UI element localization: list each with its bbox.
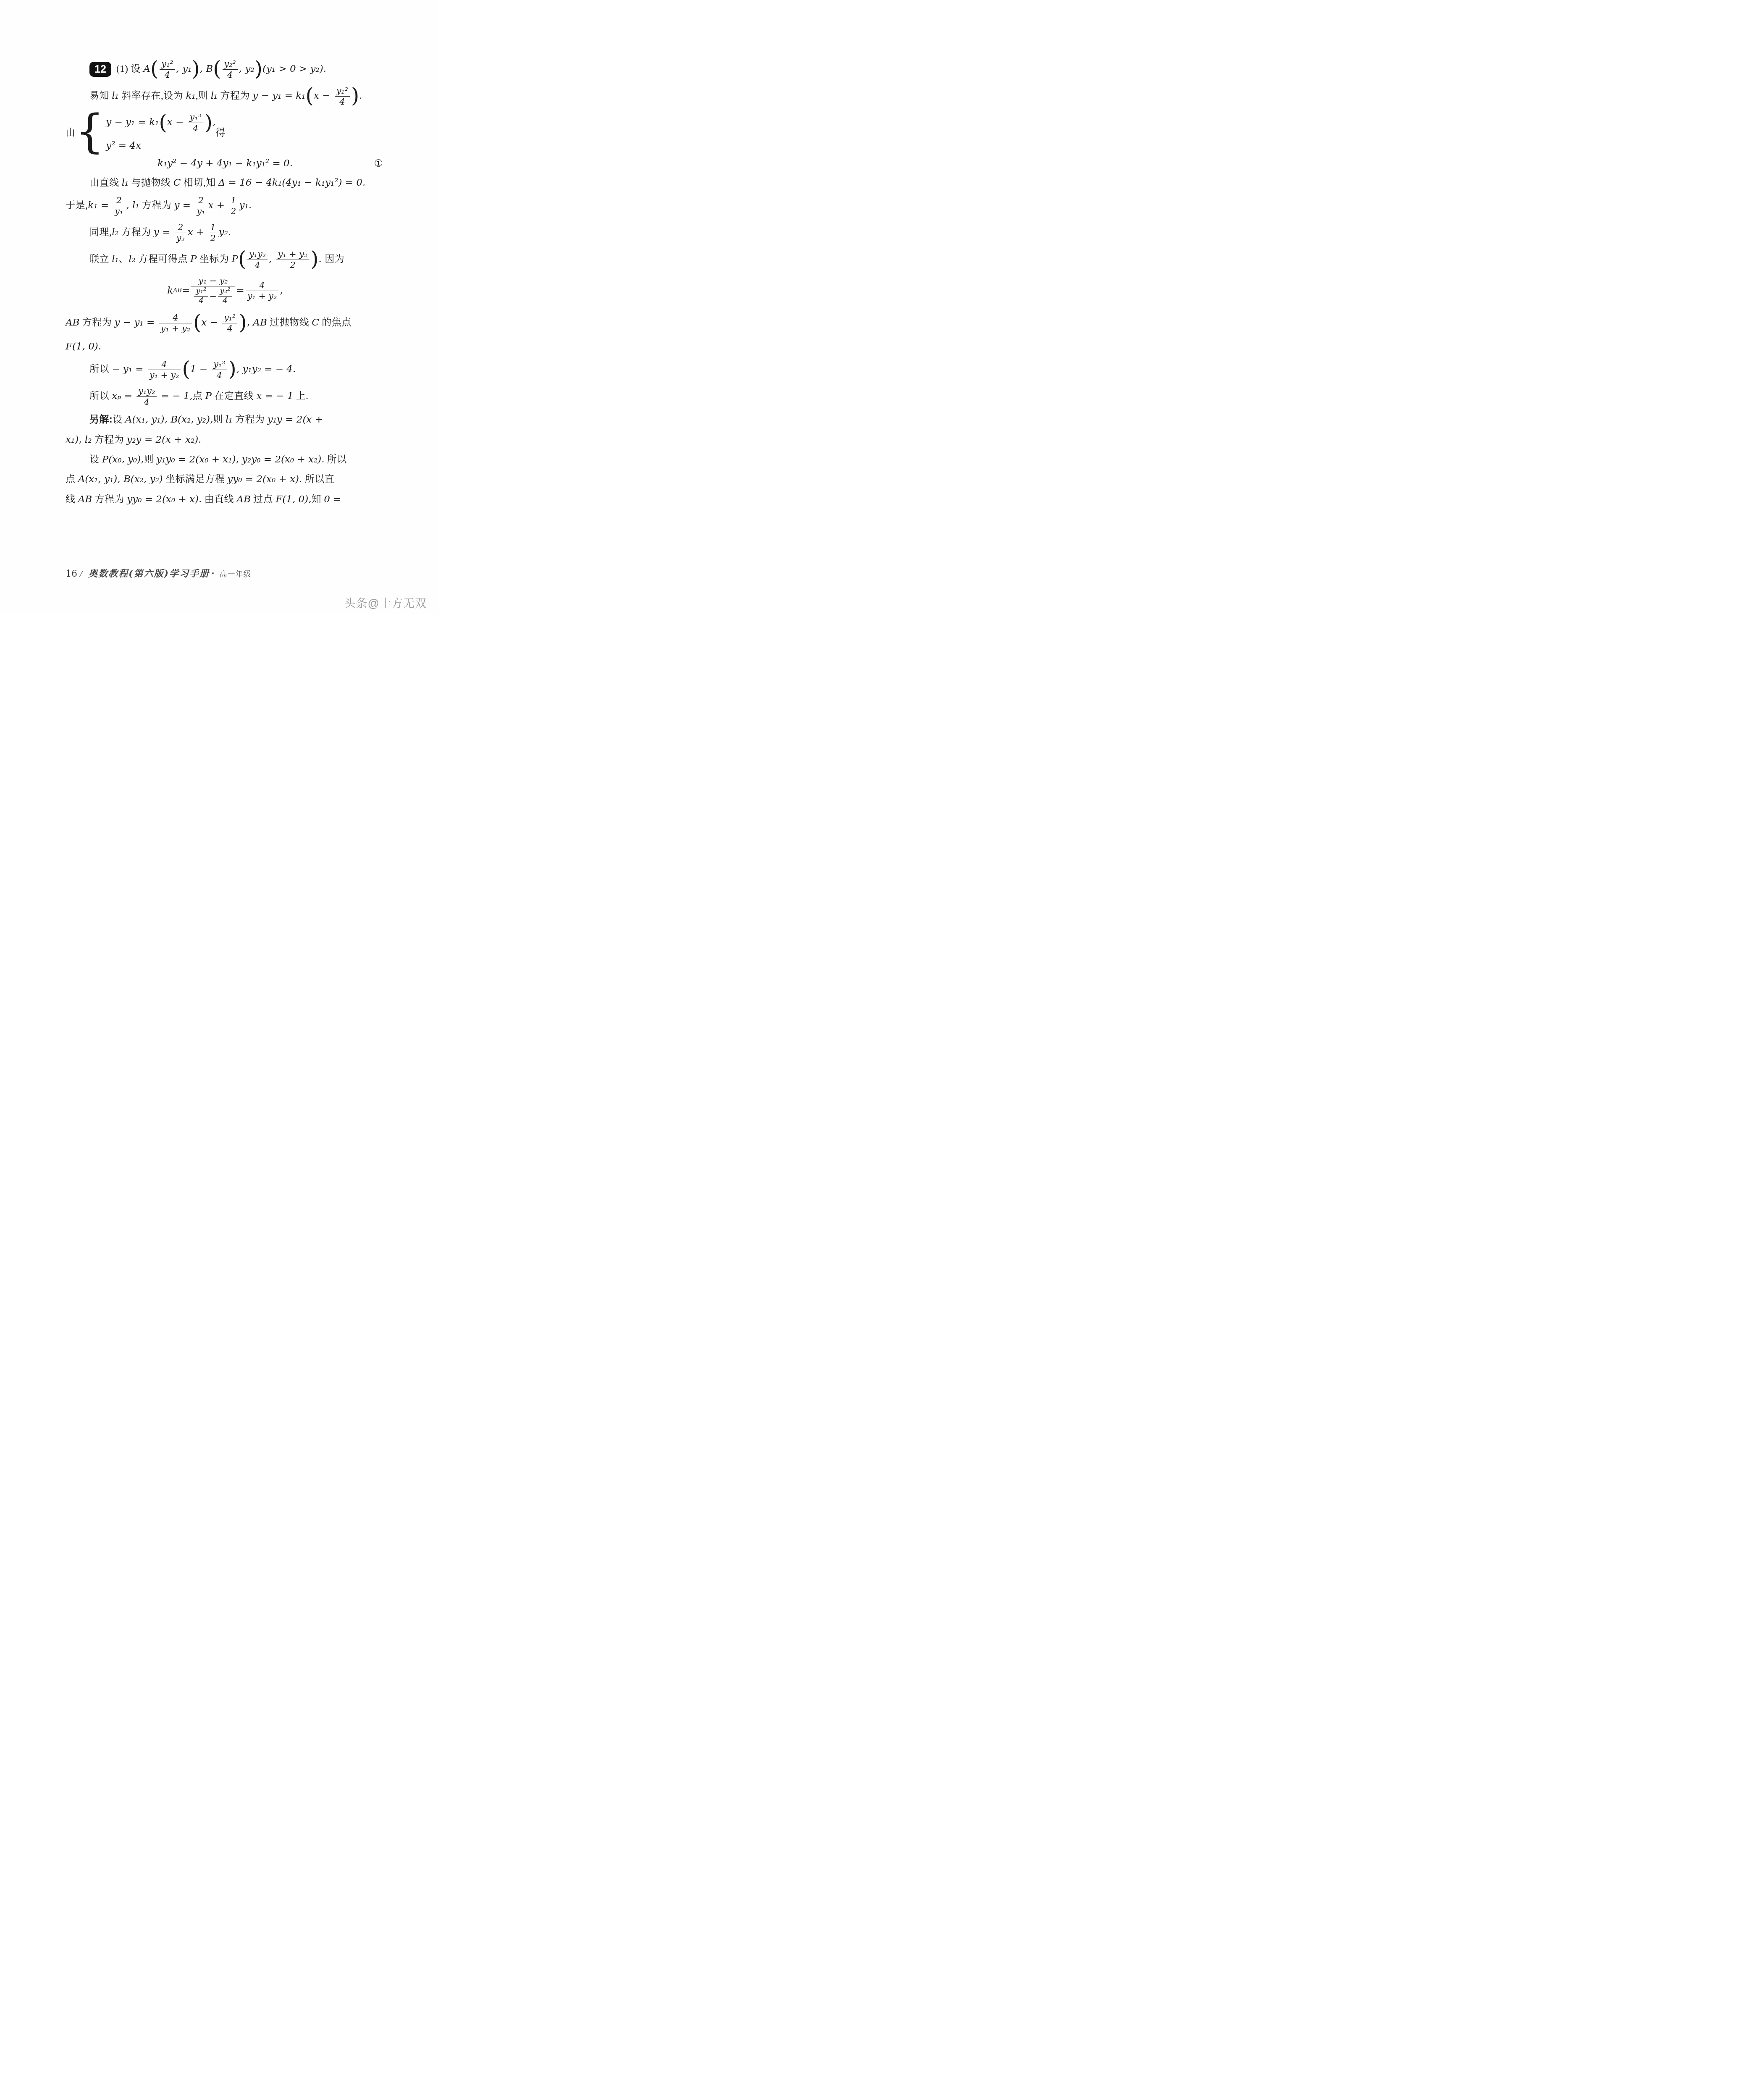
math-run: x − [167, 117, 187, 128]
display-equation-1: k₁y² − 4y + 4y₁ − k₁y₁² = 0. ① [66, 158, 385, 169]
fraction-numerator: y₂² [223, 59, 238, 70]
text-run: 所以 [89, 364, 112, 374]
fraction-numerator: 4 [159, 312, 192, 323]
fraction-numerator: y₁y₂ [247, 249, 268, 260]
fraction-denominator: 4 [247, 260, 268, 270]
equation-number: ① [374, 157, 383, 169]
text-run: 易知 [89, 90, 112, 100]
fraction-numerator: 2 [195, 195, 207, 206]
fraction: y₁y₂4 [247, 249, 268, 270]
fraction: 12 [209, 222, 218, 244]
text-run: 相切,知 [181, 177, 218, 188]
text-run: 坐标为 [197, 253, 231, 264]
fraction-denominator: 4 [335, 97, 350, 107]
text-run: 点 [193, 390, 205, 401]
solution-line-16: 设 P(x₀, y₀),则 y₁y₀ = 2(x₀ + x₁), y₂y₀ = … [66, 452, 385, 467]
text-run: 设 [89, 454, 102, 465]
fraction-denominator: y₁ [195, 206, 207, 217]
text-run: 联立 [89, 253, 112, 264]
text-run: 方程为 [218, 90, 252, 100]
text-run: 于是, [66, 200, 88, 210]
system-brace: { [76, 114, 105, 150]
solution-line-6: 于是,k₁ = 2y₁, l₁ 方程为 y = 2y₁x + 12y₁. [66, 195, 385, 217]
math-run: yy₀ = 2(x₀ + x). [227, 474, 302, 485]
fraction-numerator: y₁ + y₂ [276, 249, 309, 260]
math-run: AB [253, 317, 267, 328]
fraction-denominator: 4 [194, 297, 208, 306]
math-run: y = [154, 227, 173, 238]
text-run: 所以直 [302, 474, 334, 484]
fraction-denominator: 2 [209, 233, 218, 244]
math-run: , y₁ [176, 63, 192, 74]
math-run: P [231, 253, 238, 264]
solution-line-15: x₁), l₂ 方程为 y₂y = 2(x + x₂). [66, 433, 385, 447]
text-run: 方程为 [139, 200, 174, 210]
text-run: 过点 [251, 494, 276, 504]
math-run: . [359, 90, 362, 101]
fraction: y₁²4 [188, 112, 203, 134]
math-run: AB [78, 494, 92, 505]
system-equation-2: y² = 4x [106, 140, 215, 151]
fraction-denominator: 2 [229, 206, 238, 217]
fraction-numerator: 2 [175, 222, 186, 233]
text-run: 所以 [325, 454, 347, 465]
text-run: 线 [66, 494, 78, 504]
fraction-numerator: 4 [148, 359, 181, 370]
solution-line-17: 点 A(x₁, y₁), B(x₂, y₂) 坐标满足方程 yy₀ = 2(x₀… [66, 472, 385, 486]
text-run: 方程为 [92, 434, 126, 445]
text-run: 设 [113, 414, 125, 425]
math-run: x − [201, 317, 221, 328]
fraction-numerator: y₁ − y₂ [191, 276, 235, 286]
math-run: C [312, 317, 319, 328]
math-run: AB [236, 494, 251, 505]
fraction-denominator: y₁²4 − y₂²4 [191, 286, 235, 306]
math-run: l₁ [122, 177, 129, 188]
text-run: 斜率存在,设为 [119, 90, 186, 100]
fraction-denominator: 4 [160, 70, 175, 80]
math-run: l₁ [226, 414, 233, 425]
math-run: A(x₁, y₁), B(x₂, y₂) [78, 474, 163, 485]
fraction-denominator: y₁ + y₂ [246, 291, 278, 302]
text-run: 方程可得点 [136, 253, 190, 264]
fraction-numerator: 1 [229, 195, 238, 206]
math-run: x + [188, 227, 207, 238]
solution-line-1: 12(1) 设 A(y₁²4, y₁), B(y₂²4, y₂)(y₁ > 0 … [66, 59, 385, 80]
fraction-numerator: y₁² [212, 359, 227, 370]
math-run: y = [174, 200, 194, 211]
math-run: k₁ [186, 90, 196, 101]
math-run: y₁. [239, 200, 252, 211]
text-run: 、 [119, 253, 129, 264]
math-run: y² = 4x [106, 140, 141, 151]
math-run: y − y₁ = k₁ [252, 90, 305, 101]
text-run: 的焦点 [319, 317, 352, 328]
fraction-numerator: y₁² [194, 286, 208, 296]
text-run: 点 [66, 474, 78, 484]
fraction-numerator: 4 [246, 280, 278, 291]
system-equations: y − y₁ = k₁(x − y₁²4), y² = 4x [106, 112, 215, 151]
text-run: 上. [294, 390, 309, 401]
fraction: y₁²4 [160, 59, 175, 80]
math-run: , [200, 63, 206, 74]
math-run: k₁y² − 4y + 4y₁ − k₁y₁² = 0. [157, 158, 293, 169]
text-run: 得 [215, 125, 226, 139]
system-equation-1: y − y₁ = k₁(x − y₁²4), [106, 112, 215, 134]
math-run: l₁ [112, 90, 119, 101]
text-run: 同理, [89, 227, 112, 237]
math-run: y − y₁ = [115, 317, 158, 328]
fraction: 2y₁ [113, 195, 125, 217]
math-run: l₂ [129, 253, 136, 264]
math-run: xₚ = [112, 390, 135, 401]
math-run: = [182, 285, 190, 296]
math-run: (y₁ > 0 > y₂). [262, 63, 326, 74]
math-run: . [319, 253, 325, 264]
fraction: 4y₁ + y₂ [159, 312, 192, 334]
text-run: 与抛物线 [129, 177, 173, 188]
text-run: 则 [144, 454, 157, 465]
math-run: − y₁ = [112, 364, 147, 375]
text-run: ,则 [196, 90, 211, 100]
big-fraction: y₁ − y₂y₁²4 − y₂²4 [191, 276, 235, 306]
text-run: 由直线 [89, 177, 122, 188]
fraction: 2y₂ [175, 222, 186, 244]
math-run: = − 1, [158, 390, 192, 401]
math-run: F(1, 0), [275, 494, 311, 505]
fraction: 2y₁ [195, 195, 207, 217]
fraction-numerator: 1 [209, 222, 218, 233]
math-run: y₁y = 2(x + [268, 414, 323, 425]
math-run: F(1, 0). [66, 341, 101, 352]
math-run: 1 − [190, 364, 211, 375]
solution-line-2: 易知 l₁ 斜率存在,设为 k₁,则 l₁ 方程为 y − y₁ = k₁(x … [66, 86, 385, 107]
fraction: y₁²4 [212, 359, 227, 381]
math-run: P(x₀, y₀), [102, 454, 144, 465]
subscript-AB: AB [173, 287, 182, 294]
solution-body: 12(1) 设 A(y₁²4, y₁), B(y₂²4, y₂)(y₁ > 0 … [66, 59, 385, 512]
fraction-denominator: 4 [222, 323, 237, 334]
fraction-denominator: y₁ + y₂ [148, 370, 181, 381]
fraction: 4y₁ + y₂ [246, 280, 278, 302]
fraction-denominator: y₂ [175, 233, 186, 244]
math-run: y₂. [219, 227, 231, 238]
page-footer: 16/奥数教程(第六版)学习手册·高一年级 [66, 567, 252, 580]
math-run: l₁ [211, 90, 218, 101]
math-run: , l₁ [126, 200, 139, 211]
text-run: 方程为 [92, 494, 127, 504]
fraction: y₂²4 [223, 59, 238, 80]
math-run: yy₀ = 2(x₀ + x). [127, 494, 202, 505]
fraction-numerator: y₁² [222, 312, 237, 323]
math-run: l₁ [112, 253, 119, 264]
footer-separator: / [80, 568, 82, 579]
book-title: 奥数教程(第六版)学习手册 [88, 568, 210, 579]
math-run: Δ = 16 − 4k₁(4y₁ − k₁y₁²) = 0. [218, 177, 366, 188]
fraction-numerator: y₁² [188, 112, 203, 123]
text-run: 方程为 [80, 317, 115, 328]
text-run: 方程为 [119, 227, 154, 237]
math-run: x = − 1 [256, 390, 293, 401]
grade-label: 高一年级 [220, 570, 252, 578]
fraction: 4y₁ + y₂ [148, 359, 181, 381]
math-run: A(x₁, y₁), B(x₂, y₂), [125, 414, 213, 425]
text-run: 知 [311, 494, 324, 504]
solution-line-7: 同理,l₂ 方程为 y = 2y₂x + 12y₂. [66, 222, 385, 244]
math-run: 0 = [324, 494, 341, 505]
math-run: l₂ [112, 227, 119, 238]
alternate-solution-label: 另解: [89, 414, 113, 425]
text-run: (1) 设 [116, 63, 143, 74]
math-run: B [206, 63, 213, 74]
text-run: 过抛物线 [267, 317, 312, 328]
problem-number-badge: 12 [89, 62, 111, 77]
fraction: y₁y₂4 [136, 386, 157, 407]
fraction-denominator: y₁ + y₂ [159, 323, 192, 334]
fraction: y₂²4 [218, 286, 232, 306]
text-run: 所以 [89, 390, 112, 401]
math-run: , [280, 285, 283, 296]
math-run: , y₂ [239, 63, 254, 74]
text-run: 则 [213, 414, 226, 425]
equation-system: 由{ y − y₁ = k₁(x − y₁²4), y² = 4x 得 [66, 112, 385, 151]
fraction: 12 [229, 195, 238, 217]
solution-line-8: 联立 l₁、l₂ 方程可得点 P 坐标为 P(y₁y₂4, y₁ + y₂2).… [66, 249, 385, 270]
fraction-denominator: 4 [212, 370, 227, 381]
fraction-denominator: y₁ [113, 206, 125, 217]
scanned-solution-page: 12(1) 设 A(y₁²4, y₁), B(y₂²4, y₂)(y₁ > 0 … [0, 0, 438, 614]
text-run: 在定直线 [212, 390, 257, 401]
math-run: y₁y₀ = 2(x₀ + x₁), y₂y₀ = 2(x₀ + x₂). [156, 454, 324, 465]
math-run: , [269, 253, 275, 264]
math-run: AB [66, 317, 80, 328]
fraction-numerator: y₁² [335, 86, 350, 97]
text-run: 方程为 [233, 414, 268, 425]
toutiao-watermark: 头条@十方无双 [344, 594, 427, 611]
math-run: k₁ = [88, 200, 112, 211]
math-run: P [190, 253, 197, 264]
math-run: A [143, 63, 150, 74]
math-run: x − [314, 90, 333, 101]
footer-dot: · [211, 568, 215, 579]
solution-line-13: 所以 xₚ = y₁y₂4 = − 1,点 P 在定直线 x = − 1 上. [66, 386, 385, 407]
solution-line-14: 另解:设 A(x₁, y₁), B(x₂, y₂),则 l₁ 方程为 y₁y =… [66, 412, 385, 427]
math-run: y − y₁ = k₁ [106, 117, 159, 128]
fraction-denominator: 2 [276, 260, 309, 270]
text-run: 由 [66, 125, 76, 139]
fraction-numerator: 2 [113, 195, 125, 206]
fraction-denominator: 4 [188, 123, 203, 134]
math-run: C [173, 177, 181, 188]
solution-line-10: AB 方程为 y − y₁ = 4y₁ + y₂(x − y₁²4), AB 过… [66, 312, 385, 334]
math-run: k [167, 285, 173, 296]
solution-line-11: F(1, 0). [66, 339, 385, 354]
math-run: y₂y = 2(x + x₂). [126, 434, 201, 445]
fraction-numerator: y₁² [160, 59, 175, 70]
math-run: P [205, 390, 211, 401]
display-equation-kab: kAB = y₁ − y₂y₁²4 − y₂²4 = 4y₁ + y₂, [66, 276, 385, 306]
text-run: 因为 [325, 253, 344, 264]
math-run: = [236, 285, 244, 296]
fraction: y₁²4 [222, 312, 237, 334]
page-number: 16 [66, 569, 77, 579]
solution-line-18: 线 AB 方程为 yy₀ = 2(x₀ + x). 由直线 AB 过点 F(1,… [66, 492, 385, 507]
solution-line-5: 由直线 l₁ 与抛物线 C 相切,知 Δ = 16 − 4k₁(4y₁ − k₁… [66, 176, 385, 190]
text-run: 坐标满足方程 [163, 474, 228, 484]
fraction: y₁²4 [335, 86, 350, 107]
fraction-numerator: y₂² [218, 286, 232, 296]
math-run: − [210, 291, 217, 302]
fraction: y₁²4 [194, 286, 208, 306]
math-run: , [213, 117, 215, 128]
fraction-denominator: 4 [223, 70, 238, 80]
fraction-denominator: 4 [136, 397, 157, 407]
math-run: x₁), l₂ [66, 434, 92, 445]
math-run: , y₁y₂ = − 4. [236, 364, 296, 375]
fraction-denominator: 4 [218, 297, 232, 306]
text-run: 由直线 [202, 494, 236, 504]
fraction-numerator: y₁y₂ [136, 386, 157, 397]
math-run: x + [208, 200, 228, 211]
solution-line-12: 所以 − y₁ = 4y₁ + y₂(1 − y₁²4), y₁y₂ = − 4… [66, 359, 385, 381]
math-run: , [247, 317, 253, 328]
fraction: y₁ + y₂2 [276, 249, 309, 270]
